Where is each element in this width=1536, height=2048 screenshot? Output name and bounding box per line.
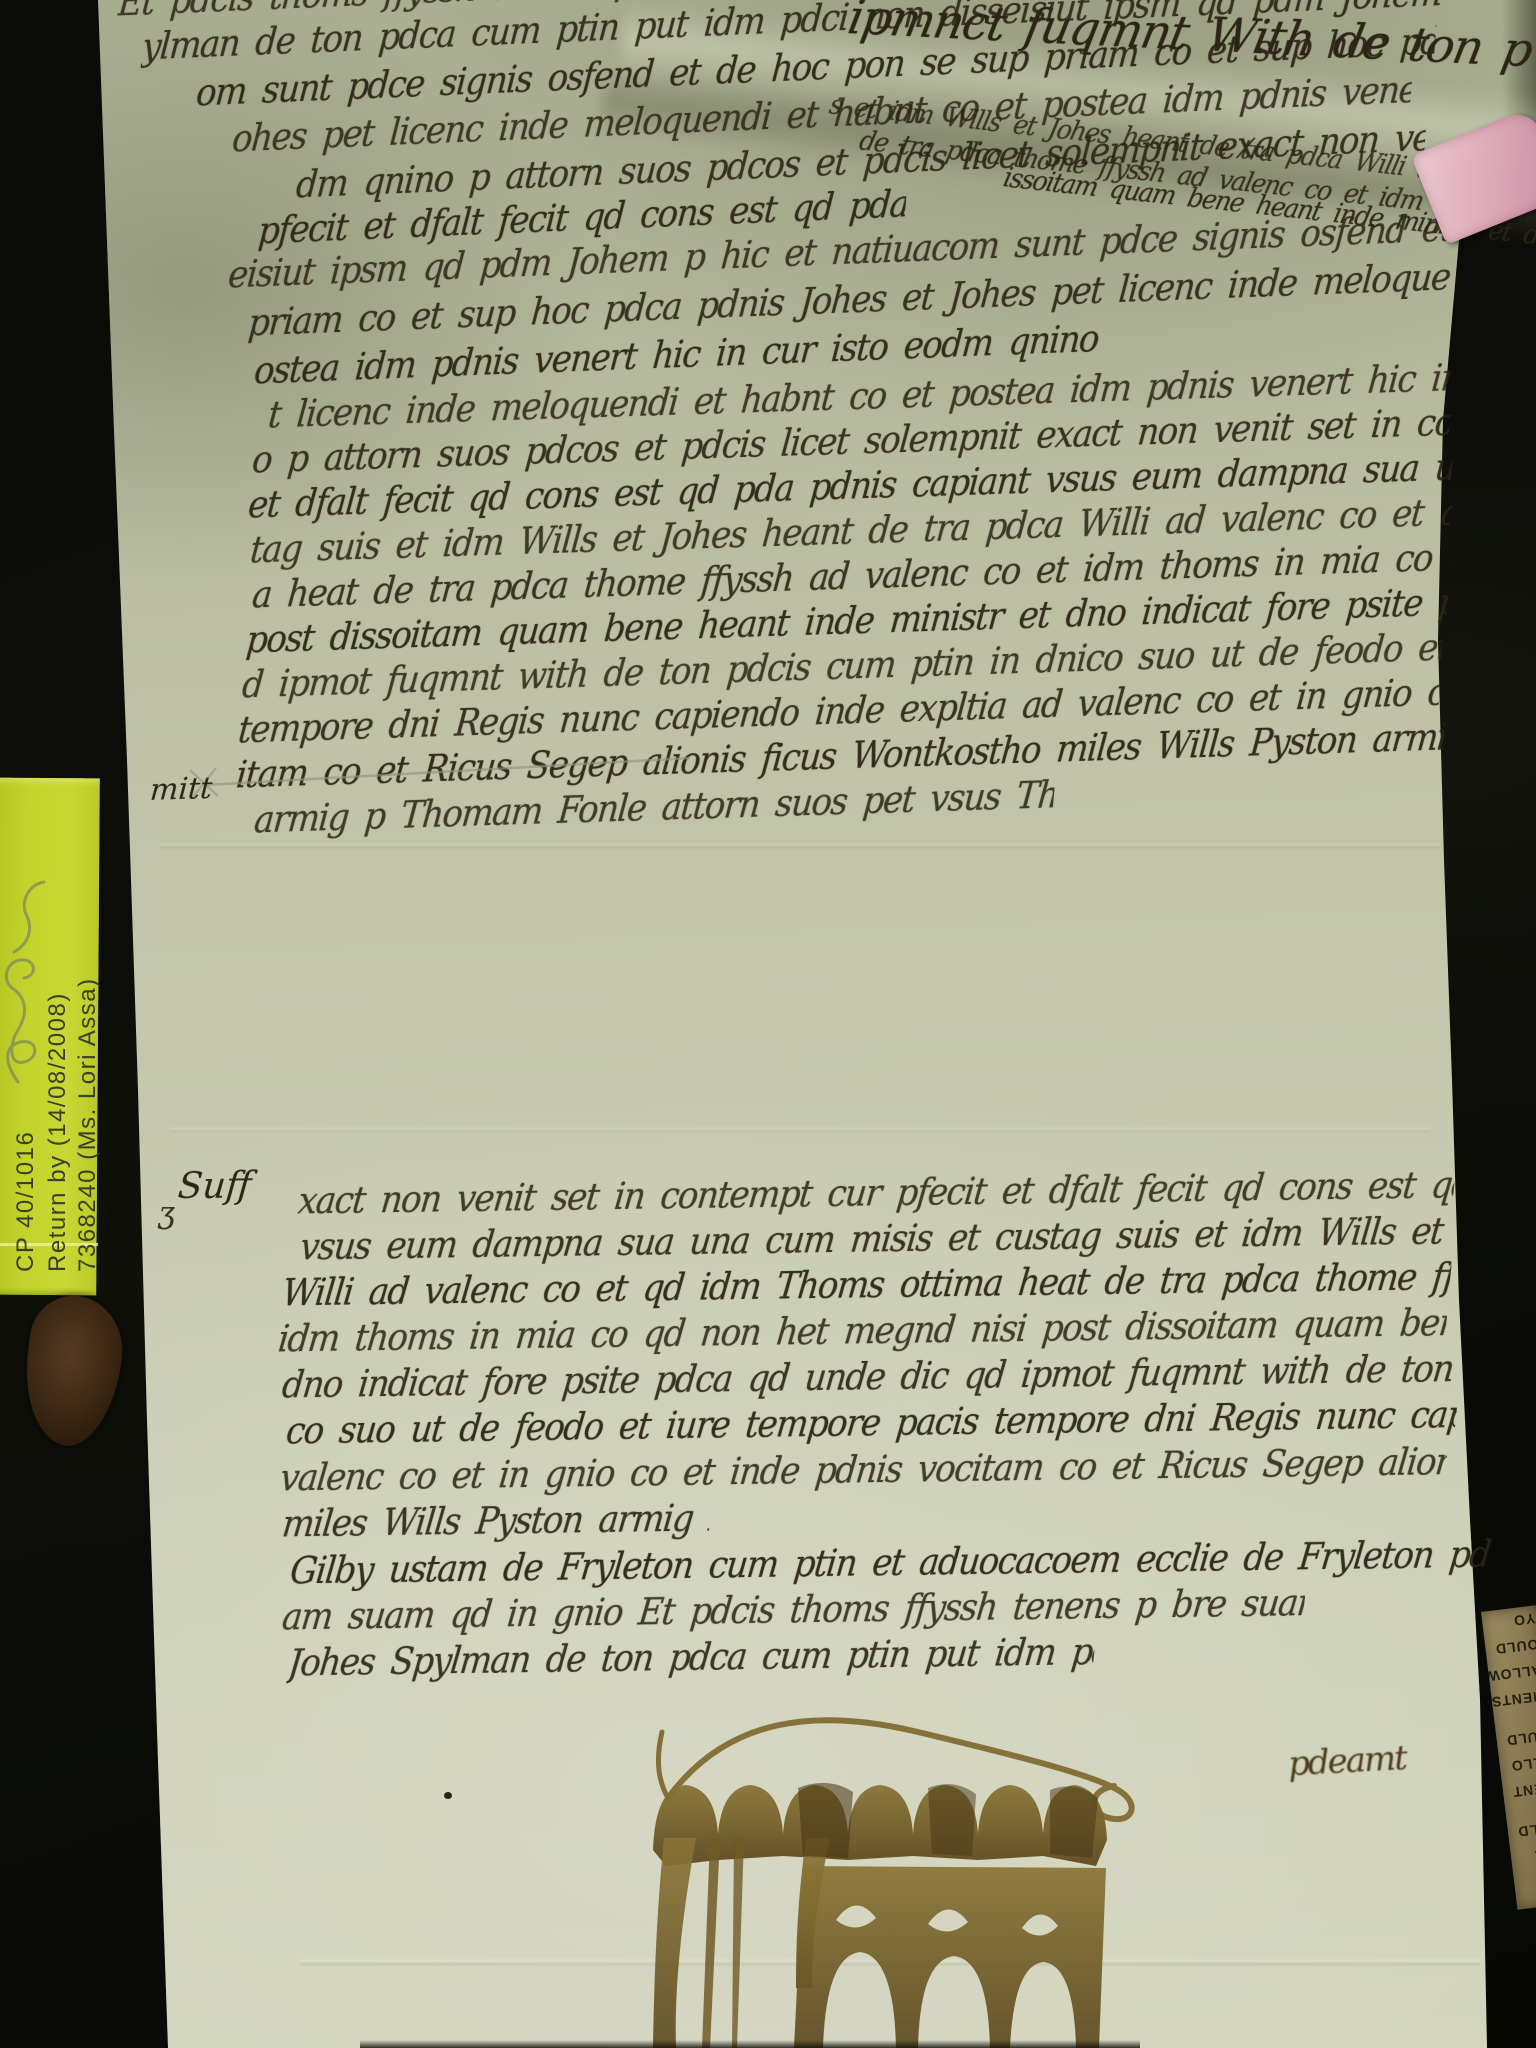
edge-ink-mark: ʒ bbox=[158, 1196, 174, 1230]
drip-2 bbox=[702, 1838, 720, 2048]
bottom-edge-shadow bbox=[360, 2040, 1140, 2048]
dark-smudge-2 bbox=[928, 1784, 976, 1856]
ink-dot bbox=[444, 1792, 452, 1799]
sticky-note-line: CP 40/1016 bbox=[12, 1131, 40, 1272]
dark-smudge-1 bbox=[798, 1783, 853, 1858]
seal-tongue-ornament bbox=[598, 1688, 1304, 2048]
tooth-band bbox=[653, 1785, 1107, 1866]
margin-note-mitt: mitt bbox=[149, 771, 214, 808]
parchment-crease bbox=[170, 1126, 1430, 1134]
tag-text-fragment: OULD bbox=[1507, 1814, 1536, 1847]
sticky-note-line: Return by (14/08/2008) bbox=[44, 992, 72, 1272]
webbing bbox=[794, 1866, 1106, 2048]
dark-smudge-3 bbox=[1050, 1786, 1098, 1858]
drip-1 bbox=[653, 1838, 696, 2048]
flourish-ascender bbox=[658, 1732, 668, 1798]
sticky-note-line: 7368240 (Ms. Lori Assa) bbox=[74, 977, 102, 1272]
clerk-signature: pdeamt bbox=[1287, 1736, 1449, 1784]
drip-3 bbox=[732, 1838, 744, 2048]
tag-text-fragment: OULD YO bbox=[1481, 1605, 1536, 1663]
tag-text-fragment: MENTS bbox=[1491, 1683, 1536, 1716]
pencil-line-annotation bbox=[150, 730, 710, 820]
margin-note-suff: Suff bbox=[176, 1165, 253, 1207]
